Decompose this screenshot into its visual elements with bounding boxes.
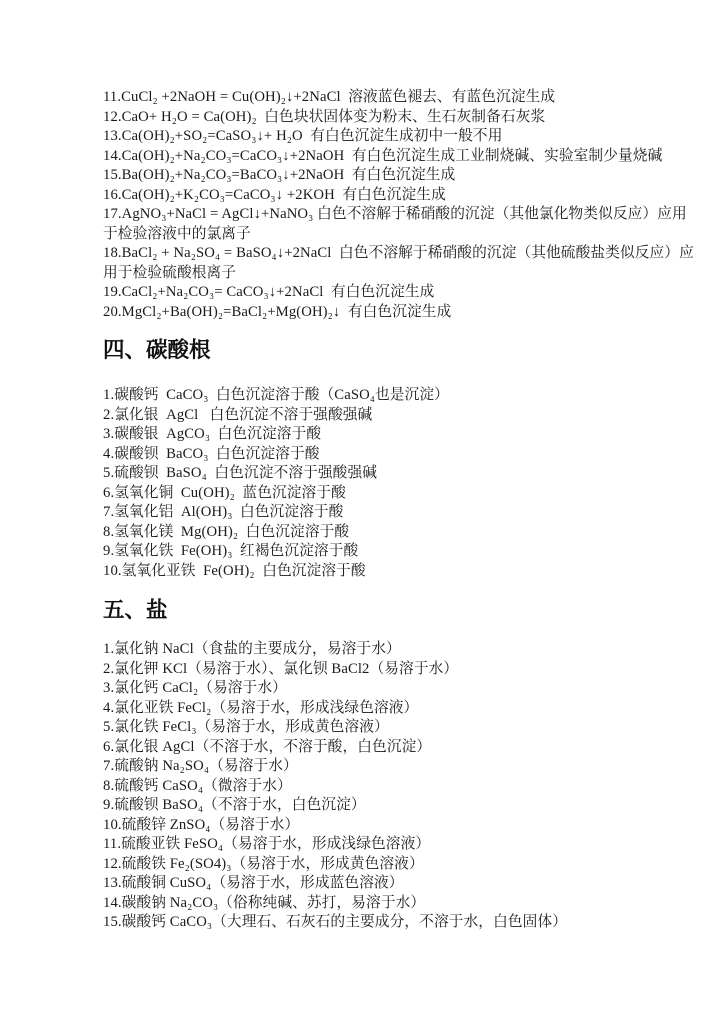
compound-item: 8.硫酸钙 CaSO₄（微溶于水）: [103, 777, 644, 797]
salt-list: 1.氯化钠 NaCl（食盐的主要成分，易溶于水） 2.氯化钾 KCl（易溶于水）…: [103, 640, 644, 933]
compound-item: 11.硫酸亚铁 FeSO₄（易溶于水，形成浅绿色溶液）: [103, 835, 644, 855]
equation-line-continuation: 于检验溶液中的氯离子: [103, 225, 644, 245]
compound-item: 6.氢氧化铜 Cu(OH)₂ 蓝色沉淀溶于酸: [103, 484, 644, 504]
compound-item: 4.氯化亚铁 FeCl₂（易溶于水，形成浅绿色溶液）: [103, 699, 644, 719]
compound-item: 14.碳酸钠 Na₂CO₃（俗称纯碱、苏打，易溶于水）: [103, 894, 644, 914]
compound-item: 7.硫酸钠 Na₂SO₄（易溶于水）: [103, 757, 644, 777]
equation-line: 15.Ba(OH)₂+Na₂CO₃=BaCO₃↓+2NaOH 有白色沉淀生成: [103, 166, 644, 186]
equation-line: 11.CuCl₂ +2NaOH = Cu(OH)₂↓+2NaCl 溶液蓝色褪去、…: [103, 88, 644, 108]
document-page: 11.CuCl₂ +2NaOH = Cu(OH)₂↓+2NaCl 溶液蓝色褪去、…: [0, 0, 724, 1024]
equation-line: 18.BaCl₂ + Na₂SO₄ = BaSO₄↓+2NaCl 白色不溶解于稀…: [103, 244, 644, 264]
equation-line: 16.Ca(OH)₂+K₂CO₃=CaCO₃↓ +2KOH 有白色沉淀生成: [103, 186, 644, 206]
compound-item: 9.氢氧化铁 Fe(OH)₃ 红褐色沉淀溶于酸: [103, 542, 644, 562]
compound-item: 12.硫酸铁 Fe₂(SO4)₃（易溶于水，形成黄色溶液）: [103, 855, 644, 875]
equation-line-continuation: 用于检验硫酸根离子: [103, 264, 644, 284]
compound-item: 13.硫酸铜 CuSO₄（易溶于水，形成蓝色溶液）: [103, 874, 644, 894]
compound-item: 15.碳酸钙 CaCO₃（大理石、石灰石的主要成分，不溶于水，白色固体）: [103, 913, 644, 933]
compound-item: 8.氢氧化镁 Mg(OH)₂ 白色沉淀溶于酸: [103, 523, 644, 543]
compound-item: 2.氯化钾 KCl（易溶于水）、氯化钡 BaCl2（易溶于水）: [103, 660, 644, 680]
equation-line: 12.CaO+ H₂O = Ca(OH)₂ 白色块状固体变为粉末、生石灰制备石灰…: [103, 108, 644, 128]
compound-item: 5.硫酸钡 BaSO₄ 白色沉淀不溶于强酸强碱: [103, 464, 644, 484]
compound-item: 6.氯化银 AgCl（不溶于水，不溶于酸，白色沉淀）: [103, 738, 644, 758]
equation-line: 14.Ca(OH)₂+Na₂CO₃=CaCO₃↓+2NaOH 有白色沉淀生成工业…: [103, 147, 644, 167]
compound-item: 1.碳酸钙 CaCO₃ 白色沉淀溶于酸（CaSO₄也是沉淀）: [103, 386, 644, 406]
carbonate-list: 1.碳酸钙 CaCO₃ 白色沉淀溶于酸（CaSO₄也是沉淀） 2.氯化银 AgC…: [103, 386, 644, 581]
equation-line: 20.MgCl₂+Ba(OH)₂=BaCl₂+Mg(OH)₂↓ 有白色沉淀生成: [103, 303, 644, 323]
equation-line: 13.Ca(OH)₂+SO₂=CaSO₃↓+ H₂O 有白色沉淀生成初中一般不用: [103, 127, 644, 147]
compound-item: 7.氢氧化铝 Al(OH)₃ 白色沉淀溶于酸: [103, 503, 644, 523]
compound-item: 2.氯化银 AgCl 白色沉淀不溶于强酸强碱: [103, 406, 644, 426]
section-heading-salt: 五、盐: [103, 598, 644, 623]
section-heading-carbonate: 四、碳酸根: [103, 338, 644, 363]
compound-item: 3.碳酸银 AgCO₃ 白色沉淀溶于酸: [103, 425, 644, 445]
equation-line: 19.CaCl₂+Na₂CO₃= CaCO₃↓+2NaCl 有白色沉淀生成: [103, 283, 644, 303]
compound-item: 10.硫酸锌 ZnSO₄（易溶于水）: [103, 816, 644, 836]
compound-item: 3.氯化钙 CaCl₂（易溶于水）: [103, 679, 644, 699]
compound-item: 5.氯化铁 FeCl₃（易溶于水，形成黄色溶液）: [103, 718, 644, 738]
compound-item: 4.碳酸钡 BaCO₃ 白色沉淀溶于酸: [103, 445, 644, 465]
compound-item: 1.氯化钠 NaCl（食盐的主要成分，易溶于水）: [103, 640, 644, 660]
compound-item: 10.氢氧化亚铁 Fe(OH)₂ 白色沉淀溶于酸: [103, 562, 644, 582]
equation-line: 17.AgNO₃+NaCl = AgCl↓+NaNO₃ 白色不溶解于稀硝酸的沉淀…: [103, 205, 644, 225]
compound-item: 9.硫酸钡 BaSO₄（不溶于水，白色沉淀）: [103, 796, 644, 816]
equation-list: 11.CuCl₂ +2NaOH = Cu(OH)₂↓+2NaCl 溶液蓝色褪去、…: [103, 88, 644, 322]
